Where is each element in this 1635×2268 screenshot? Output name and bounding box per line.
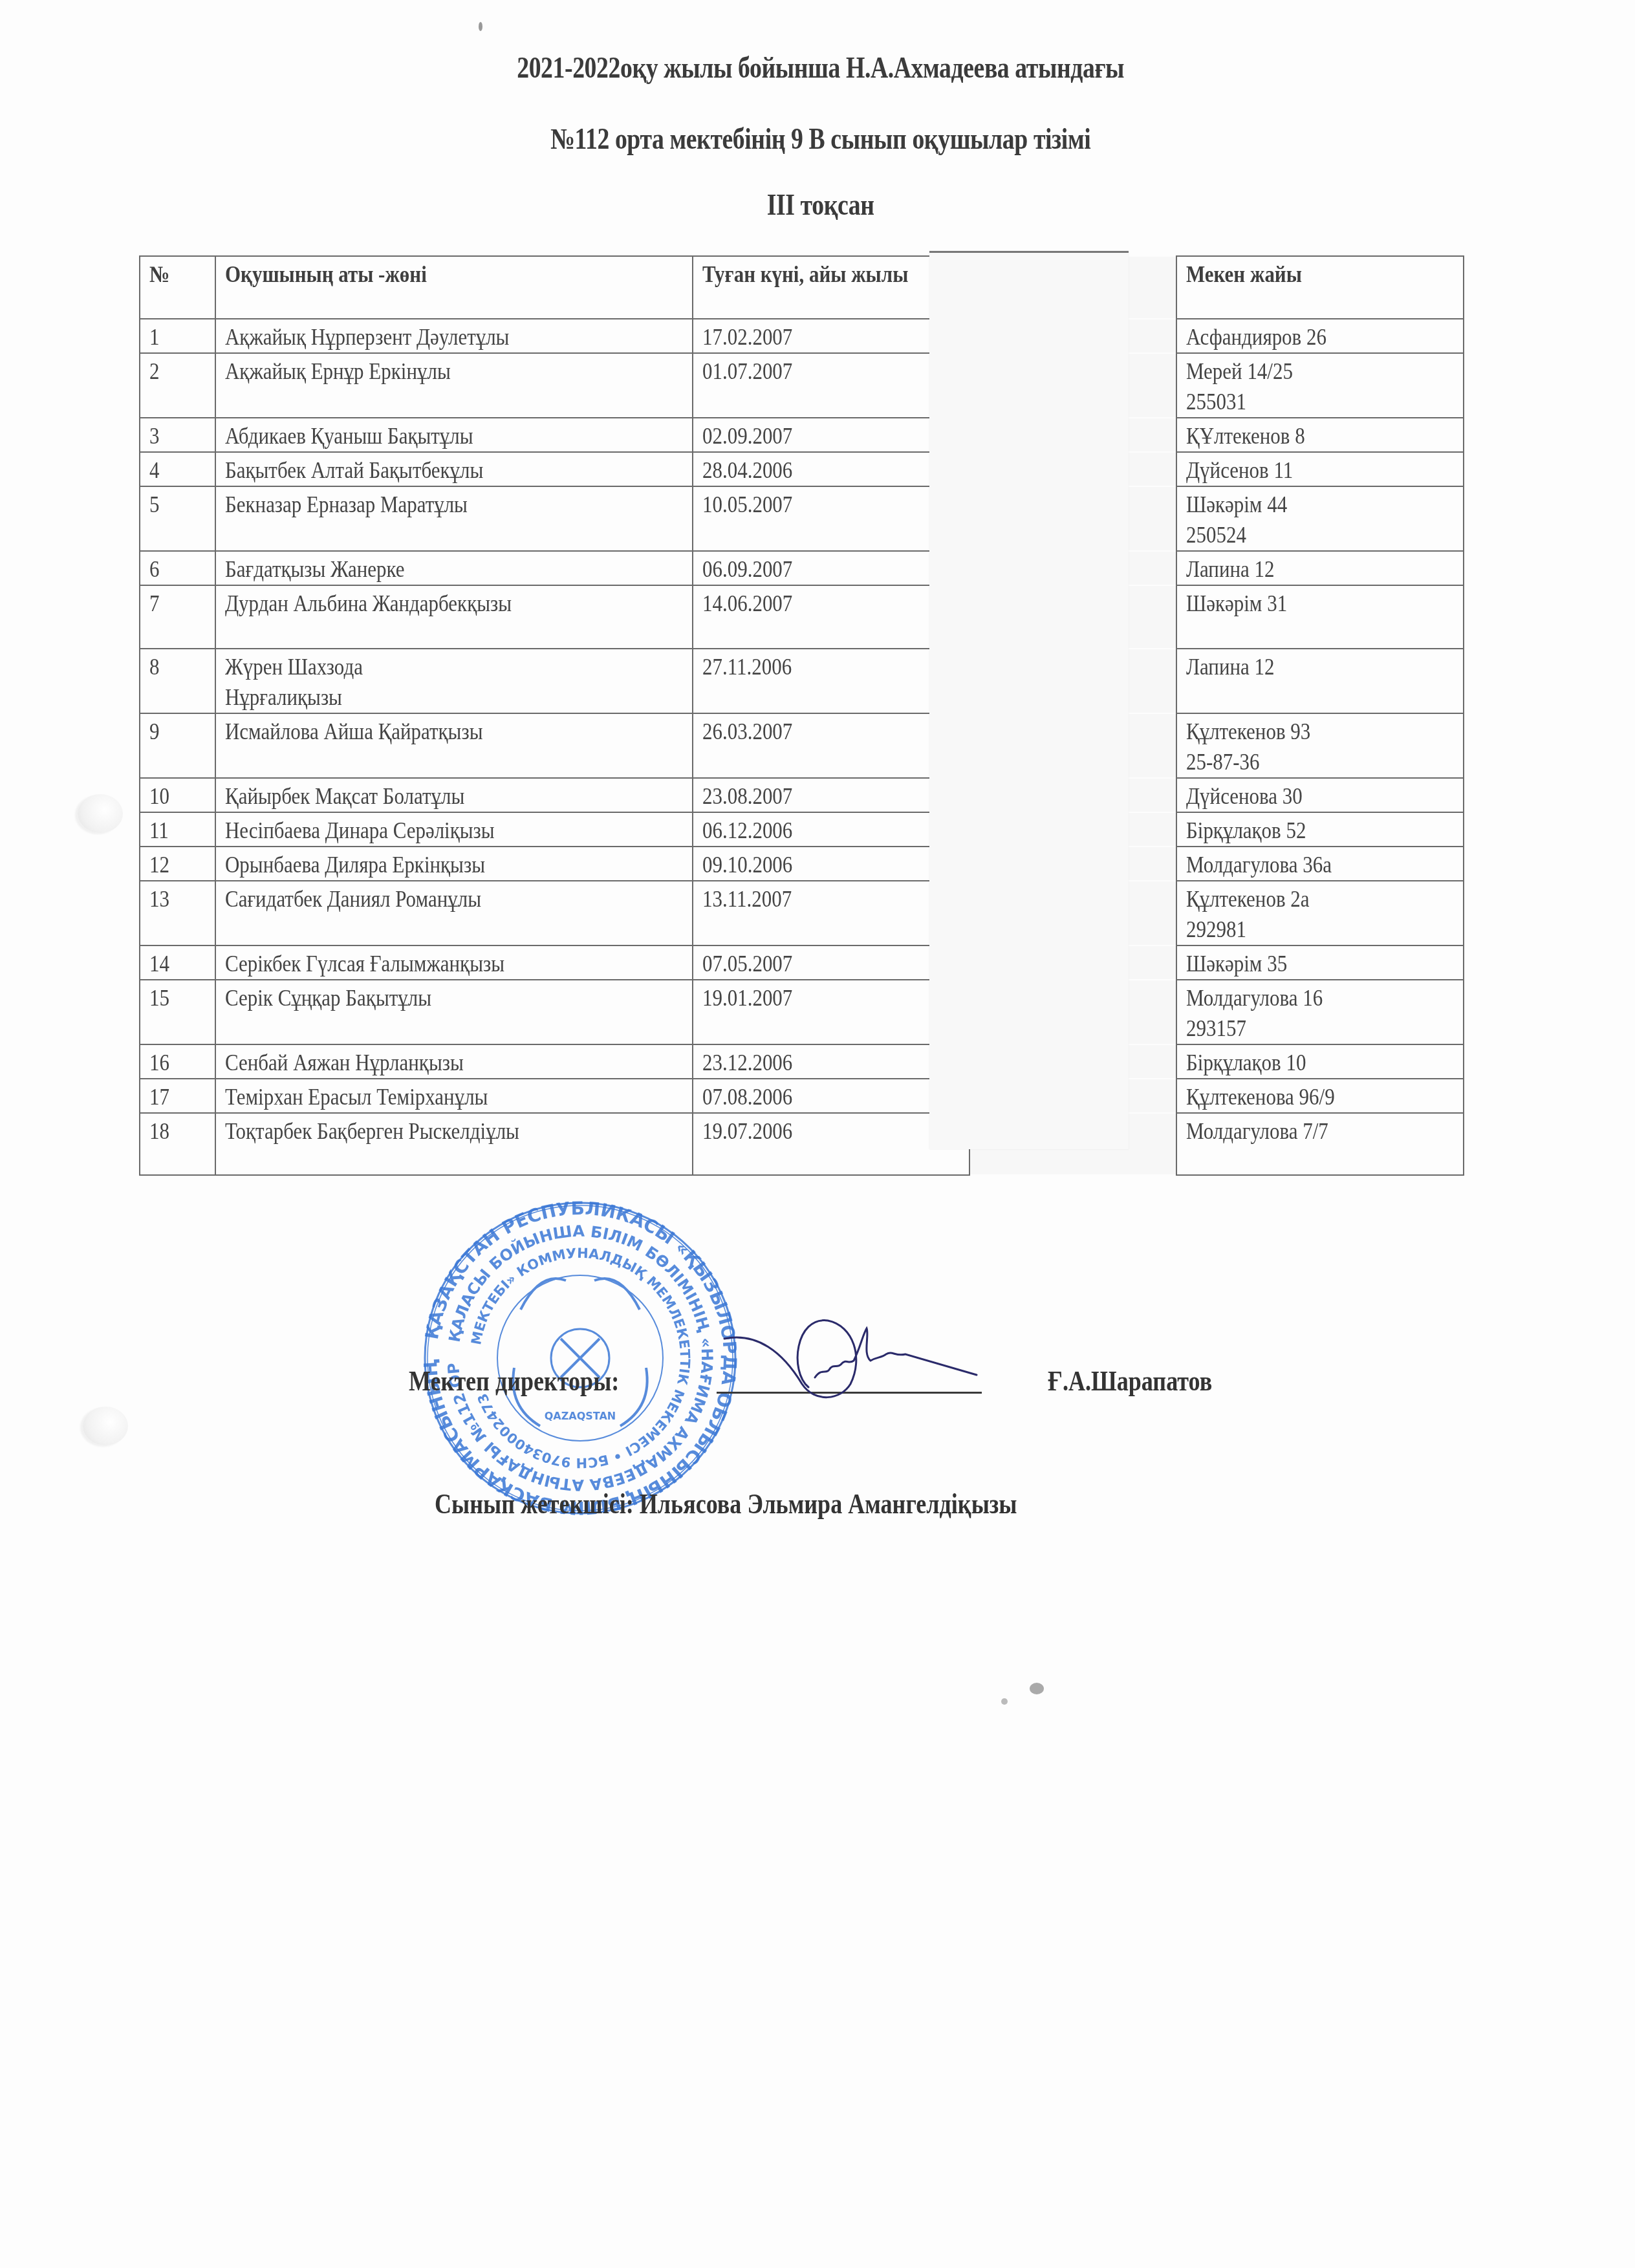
- cell-birth-date: 27.11.2006: [693, 649, 969, 713]
- cell-number: 7: [140, 585, 215, 649]
- punch-hole-decoration: [83, 1407, 128, 1445]
- cell-address: Шәкәрім 31: [1176, 585, 1464, 649]
- table-row: 13Сағидатбек Даниял Романұлы13.11.2007Құ…: [140, 881, 1464, 945]
- cell-number: 5: [140, 486, 215, 551]
- cell-address: Құлтекенова 96/9: [1176, 1079, 1464, 1113]
- cell-student-name: Бағдатқызы Жанерке: [215, 551, 693, 585]
- cell-student-name: Дурдан Альбина Жандарбекқызы: [215, 585, 693, 649]
- cell-birth-date: 07.05.2007: [693, 945, 969, 980]
- cell-birth-date: 17.02.2007: [693, 319, 969, 353]
- table-row: 4Бақытбек Алтай Бақытбекұлы28.04.2006Дүй…: [140, 452, 1464, 486]
- cell-address: Бірқұлақов 52: [1176, 812, 1464, 847]
- cell-birth-date: 19.01.2007: [693, 980, 969, 1044]
- cell-birth-date: 01.07.2007: [693, 353, 969, 418]
- cell-number: 16: [140, 1044, 215, 1079]
- cell-number: 11: [140, 812, 215, 847]
- stamp-emblem-label: QAZAQSTAN: [545, 1410, 616, 1422]
- punch-hole-decoration: [78, 794, 123, 833]
- cell-student-name: Жүрен Шахзода Нұрғалиқызы: [215, 649, 693, 713]
- cell-number: 6: [140, 551, 215, 585]
- cell-birth-date: 02.09.2007: [693, 418, 969, 452]
- scan-speck: [1001, 1698, 1008, 1705]
- table-row: 8Жүрен Шахзода Нұрғалиқызы27.11.2006Лапи…: [140, 649, 1464, 713]
- table-row: 5Бекназар Ерназар Маратұлы10.05.2007Шәкә…: [140, 486, 1464, 551]
- scan-speck: [479, 22, 482, 31]
- cell-number: 15: [140, 980, 215, 1044]
- cell-student-name: Серік Сұңқар Бақытұлы: [215, 980, 693, 1044]
- cell-number: 3: [140, 418, 215, 452]
- student-roster-table-container: № Оқушының аты -жөні Туған күні, айы жыл…: [139, 255, 1464, 1176]
- document-title-line-1: 2021-2022оқу жылы бойынша Н.А.Ахмадеева …: [150, 50, 1491, 85]
- cell-number: 8: [140, 649, 215, 713]
- director-name: Ғ.А.Шарапатов: [1048, 1365, 1212, 1398]
- class-teacher-line: Сынып жетекшісі: Ильясова Эльмира Аманге…: [435, 1487, 1017, 1520]
- cell-student-name: Несіпбаева Динара Серәлiқызы: [215, 812, 693, 847]
- cell-address: Бірқұлақов 10: [1176, 1044, 1464, 1079]
- cell-address: Құлтекенов 2а 292981: [1176, 881, 1464, 945]
- cell-number: 9: [140, 713, 215, 778]
- cell-birth-date: 09.10.2006: [693, 847, 969, 881]
- cell-student-name: Бекназар Ерназар Маратұлы: [215, 486, 693, 551]
- cell-number: 14: [140, 945, 215, 980]
- cell-address: Лапина 12: [1176, 551, 1464, 585]
- cell-student-name: Ақжайық Ернұр Еркінұлы: [215, 353, 693, 418]
- cell-birth-date: 06.12.2006: [693, 812, 969, 847]
- cell-address: ҚҰлтекенов 8: [1176, 418, 1464, 452]
- cell-address: Лапина 12: [1176, 649, 1464, 713]
- cell-student-name: Бақытбек Алтай Бақытбекұлы: [215, 452, 693, 486]
- covering-paper-strip: [929, 251, 1129, 1149]
- cell-address: Дүйсенова 30: [1176, 778, 1464, 812]
- cell-address: Мерей 14/25 255031: [1176, 353, 1464, 418]
- cell-student-name: Орынбаева Диляра Еркінқызы: [215, 847, 693, 881]
- header-number: №: [140, 256, 215, 319]
- cell-address: Шәкәрім 44 250524: [1176, 486, 1464, 551]
- cell-student-name: Сенбай Аяжан Нұрланқызы: [215, 1044, 693, 1079]
- cell-number: 10: [140, 778, 215, 812]
- cell-address: Құлтекенов 93 25-87-36: [1176, 713, 1464, 778]
- table-row: 18Тоқтарбек Бақберген Рыскелдіұлы19.07.2…: [140, 1113, 1464, 1175]
- quarter-label: ІІІ тоқсан: [150, 188, 1491, 222]
- cell-student-name: Абдикаев Қуаныш Бақытұлы: [215, 418, 693, 452]
- official-stamp-icon: ҚАЗАҚСТАН РЕСПУБЛИКАСЫ «ҚЫЗЫЛОРДА ОБЛЫСЫ…: [424, 1200, 737, 1517]
- cell-birth-date: 07.08.2006: [693, 1079, 969, 1113]
- handwritten-signature-icon: [718, 1313, 990, 1410]
- cell-number: 12: [140, 847, 215, 881]
- table-row: 3Абдикаев Қуаныш Бақытұлы02.09.2007ҚҰлте…: [140, 418, 1464, 452]
- table-row: 6Бағдатқызы Жанерке06.09.2007Лапина 12: [140, 551, 1464, 585]
- cell-address: Дүйсенов 11: [1176, 452, 1464, 486]
- table-row: 16Сенбай Аяжан Нұрланқызы23.12.2006Бірқұ…: [140, 1044, 1464, 1079]
- table-row: 17Темірхан Ерасыл Темірханұлы07.08.2006Қ…: [140, 1079, 1464, 1113]
- cell-address: Асфандияров 26: [1176, 319, 1464, 353]
- header-student-name: Оқушының аты -жөні: [215, 256, 693, 319]
- cell-birth-date: 26.03.2007: [693, 713, 969, 778]
- student-roster-table: № Оқушының аты -жөні Туған күні, айы жыл…: [139, 255, 1464, 1176]
- cell-birth-date: 28.04.2006: [693, 452, 969, 486]
- cell-birth-date: 10.05.2007: [693, 486, 969, 551]
- table-row: 10Қайырбек Мақсат Болатұлы23.08.2007Дүйс…: [140, 778, 1464, 812]
- cell-student-name: Исмайлова Айша Қайратқызы: [215, 713, 693, 778]
- table-row: 12Орынбаева Диляра Еркінқызы09.10.2006Мо…: [140, 847, 1464, 881]
- cell-address: Шәкәрім 35: [1176, 945, 1464, 980]
- cell-number: 18: [140, 1113, 215, 1175]
- cell-number: 17: [140, 1079, 215, 1113]
- table-row: 15Серік Сұңқар Бақытұлы19.01.2007Молдагу…: [140, 980, 1464, 1044]
- scan-speck: [1030, 1683, 1044, 1694]
- table-row: 14Серікбек Гүлсая Ғалымжанқызы07.05.2007…: [140, 945, 1464, 980]
- table-row: 11Несіпбаева Динара Серәлiқызы06.12.2006…: [140, 812, 1464, 847]
- cell-birth-date: 23.12.2006: [693, 1044, 969, 1079]
- cell-birth-date: 19.07.2006: [693, 1113, 969, 1175]
- cell-birth-date: 13.11.2007: [693, 881, 969, 945]
- cell-student-name: Серікбек Гүлсая Ғалымжанқызы: [215, 945, 693, 980]
- cell-address: Молдагулова 7/7: [1176, 1113, 1464, 1175]
- cell-student-name: Темірхан Ерасыл Темірханұлы: [215, 1079, 693, 1113]
- cell-student-name: Сағидатбек Даниял Романұлы: [215, 881, 693, 945]
- cell-birth-date: 14.06.2007: [693, 585, 969, 649]
- header-birth-date: Туған күні, айы жылы: [693, 256, 969, 319]
- cell-birth-date: 06.09.2007: [693, 551, 969, 585]
- cell-birth-date: 23.08.2007: [693, 778, 969, 812]
- cell-student-name: Тоқтарбек Бақберген Рыскелдіұлы: [215, 1113, 693, 1175]
- table-row: 1Ақжайық Нұрперзент Дәулетұлы17.02.2007А…: [140, 319, 1464, 353]
- table-row: 7Дурдан Альбина Жандарбекқызы14.06.2007Ш…: [140, 585, 1464, 649]
- cell-number: 2: [140, 353, 215, 418]
- table-header-row: № Оқушының аты -жөні Туған күні, айы жыл…: [140, 256, 1464, 319]
- cell-student-name: Ақжайық Нұрперзент Дәулетұлы: [215, 319, 693, 353]
- cell-address: Молдагулова 36а: [1176, 847, 1464, 881]
- cell-number: 4: [140, 452, 215, 486]
- cell-number: 13: [140, 881, 215, 945]
- cell-address: Молдагулова 16 293157: [1176, 980, 1464, 1044]
- header-address: Мекен жайы: [1176, 256, 1464, 319]
- cell-student-name: Қайырбек Мақсат Болатұлы: [215, 778, 693, 812]
- cell-number: 1: [140, 319, 215, 353]
- document-title-line-2: №112 орта мектебінің 9 В сынып оқушылар …: [150, 122, 1491, 156]
- table-row: 9Исмайлова Айша Қайратқызы26.03.2007Құлт…: [140, 713, 1464, 778]
- table-row: 2Ақжайық Ернұр Еркінұлы01.07.2007Мерей 1…: [140, 353, 1464, 418]
- director-label: Мектеп директоры:: [409, 1365, 619, 1398]
